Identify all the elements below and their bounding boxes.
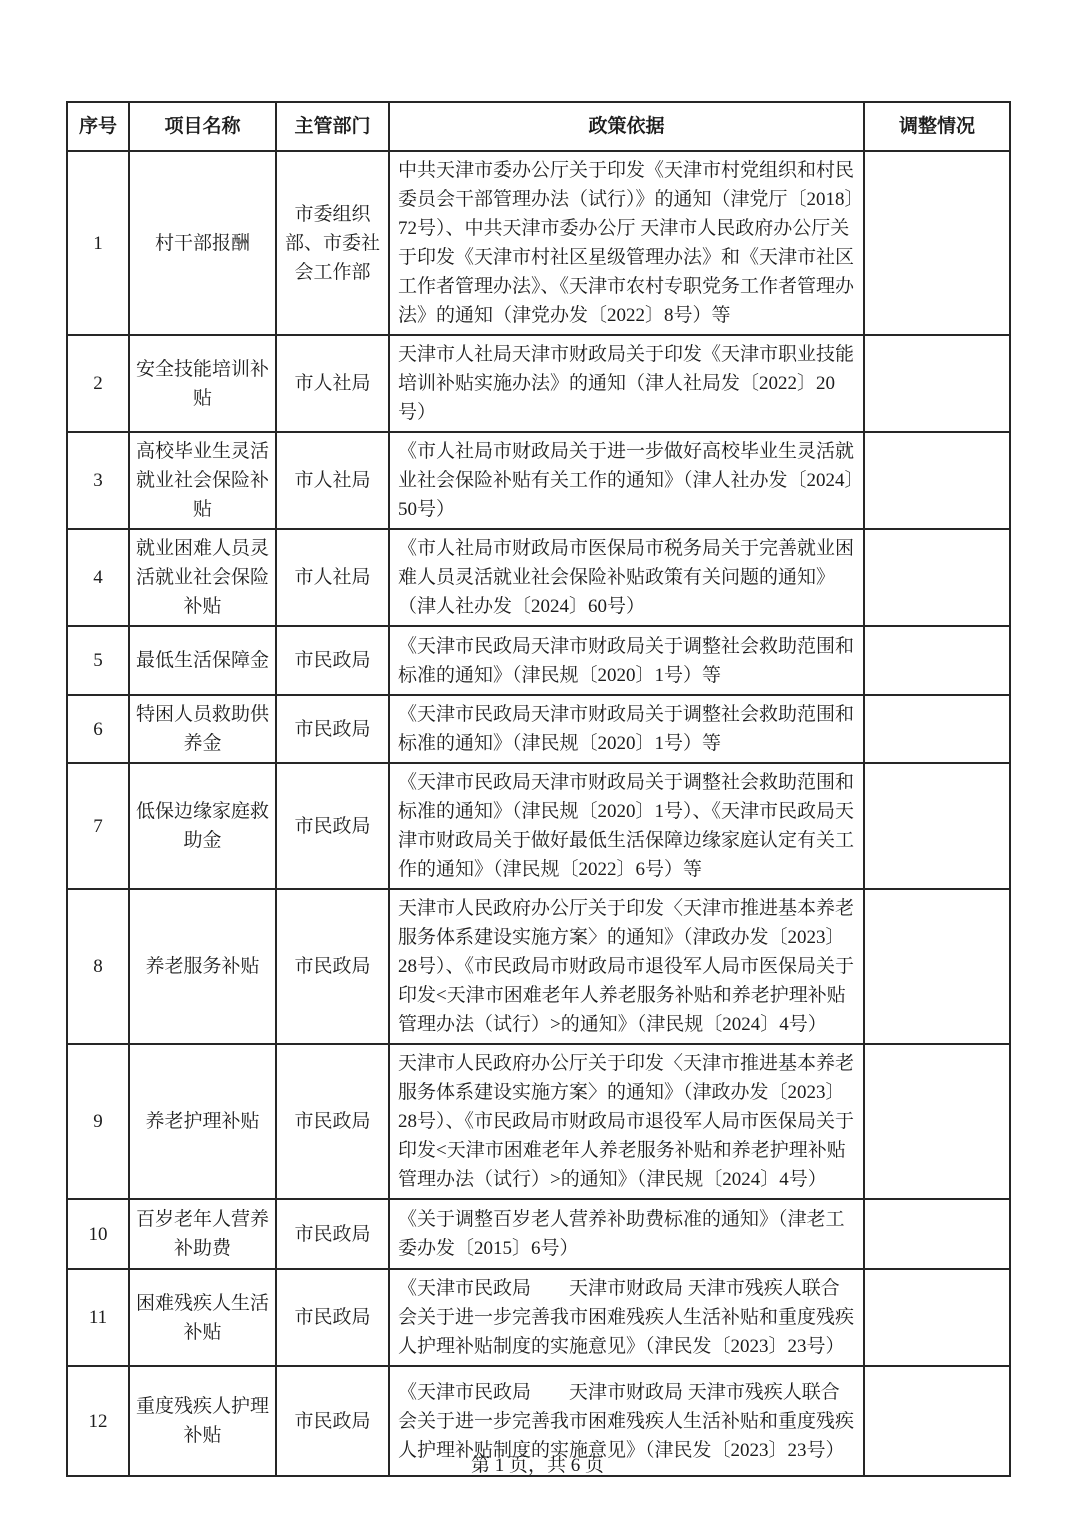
serial-number-cell: 6 <box>67 695 129 763</box>
department-cell: 市人社局 <box>276 529 389 626</box>
serial-number-cell: 10 <box>67 1199 129 1269</box>
department-cell: 市民政局 <box>276 889 389 1044</box>
department-cell: 市委组织部、市委社会工作部 <box>276 151 389 335</box>
table-row: 7 低保边缘家庭救助金 市民政局 《天津市民政局天津市财政局关于调整社会救助范围… <box>67 763 1010 889</box>
serial-number-cell: 9 <box>67 1044 129 1199</box>
project-name-cell: 村干部报酬 <box>129 151 276 335</box>
header-project-name: 项目名称 <box>129 102 276 151</box>
page-number-footer: 第 1 页，共 6 页 <box>0 1452 1075 1480</box>
department-cell: 市民政局 <box>276 1044 389 1199</box>
adjustment-status-cell <box>864 626 1010 695</box>
adjustment-status-cell <box>864 335 1010 432</box>
adjustment-status-cell <box>864 1199 1010 1269</box>
project-name-cell: 安全技能培训补贴 <box>129 335 276 432</box>
table-row: 4 就业困难人员灵活就业社会保险补贴 市人社局 《市人社局市财政局市医保局市税务… <box>67 529 1010 626</box>
project-name-cell: 最低生活保障金 <box>129 626 276 695</box>
table-row: 3 高校毕业生灵活就业社会保险补贴 市人社局 《市人社局市财政局关于进一步做好高… <box>67 432 1010 529</box>
project-name-cell: 困难残疾人生活补贴 <box>129 1269 276 1366</box>
table-row: 6 特困人员救助供养金 市民政局 《天津市民政局天津市财政局关于调整社会救助范围… <box>67 695 1010 763</box>
policy-basis-cell: 《关于调整百岁老人营养补助费标准的通知》（津老工委办发〔2015〕6号） <box>389 1199 864 1269</box>
adjustment-status-cell <box>864 1044 1010 1199</box>
department-cell: 市民政局 <box>276 626 389 695</box>
department-cell: 市民政局 <box>276 1269 389 1366</box>
serial-number-cell: 11 <box>67 1269 129 1366</box>
serial-number-cell: 5 <box>67 626 129 695</box>
serial-number-cell: 4 <box>67 529 129 626</box>
department-cell: 市民政局 <box>276 763 389 889</box>
serial-number-cell: 7 <box>67 763 129 889</box>
adjustment-status-cell <box>864 763 1010 889</box>
department-cell: 市人社局 <box>276 335 389 432</box>
policy-basis-cell: 《天津市民政局 天津市财政局 天津市残疾人联合会关于进一步完善我市困难残疾人生活… <box>389 1269 864 1366</box>
policy-basis-cell: 天津市人民政府办公厅关于印发〈天津市推进基本养老服务体系建设实施方案〉的通知》（… <box>389 889 864 1044</box>
department-cell: 市民政局 <box>276 1199 389 1269</box>
department-cell: 市人社局 <box>276 432 389 529</box>
adjustment-status-cell <box>864 151 1010 335</box>
table-row: 1 村干部报酬 市委组织部、市委社会工作部 中共天津市委办公厅关于印发《天津市村… <box>67 151 1010 335</box>
policy-basis-cell: 《天津市民政局天津市财政局关于调整社会救助范围和标准的通知》（津民规〔2020〕… <box>389 695 864 763</box>
serial-number-cell: 3 <box>67 432 129 529</box>
policy-basis-cell: 《市人社局市财政局关于进一步做好高校毕业生灵活就业社会保险补贴有关工作的通知》（… <box>389 432 864 529</box>
project-name-cell: 百岁老年人营养补助费 <box>129 1199 276 1269</box>
serial-number-cell: 8 <box>67 889 129 1044</box>
department-cell: 市民政局 <box>276 695 389 763</box>
adjustment-status-cell <box>864 889 1010 1044</box>
policy-basis-cell: 《市人社局市财政局市医保局市税务局关于完善就业困难人员灵活就业社会保险补贴政策有… <box>389 529 864 626</box>
document-page: 序号 项目名称 主管部门 政策依据 调整情况 1 村干部报酬 市委组织部、市委社… <box>0 0 1075 1519</box>
table-row: 2 安全技能培训补贴 市人社局 天津市人社局天津市财政局关于印发《天津市职业技能… <box>67 335 1010 432</box>
adjustment-status-cell <box>864 695 1010 763</box>
table-header-row: 序号 项目名称 主管部门 政策依据 调整情况 <box>67 102 1010 151</box>
table-row: 10 百岁老年人营养补助费 市民政局 《关于调整百岁老人营养补助费标准的通知》（… <box>67 1199 1010 1269</box>
header-department: 主管部门 <box>276 102 389 151</box>
policy-basis-cell: 《天津市民政局天津市财政局关于调整社会救助范围和标准的通知》（津民规〔2020〕… <box>389 763 864 889</box>
project-name-cell: 养老护理补贴 <box>129 1044 276 1199</box>
serial-number-cell: 1 <box>67 151 129 335</box>
project-name-cell: 养老服务补贴 <box>129 889 276 1044</box>
header-serial-number: 序号 <box>67 102 129 151</box>
serial-number-cell: 2 <box>67 335 129 432</box>
table-row: 8 养老服务补贴 市民政局 天津市人民政府办公厅关于印发〈天津市推进基本养老服务… <box>67 889 1010 1044</box>
table-body: 1 村干部报酬 市委组织部、市委社会工作部 中共天津市委办公厅关于印发《天津市村… <box>67 151 1010 1476</box>
project-name-cell: 低保边缘家庭救助金 <box>129 763 276 889</box>
table-row: 5 最低生活保障金 市民政局 《天津市民政局天津市财政局关于调整社会救助范围和标… <box>67 626 1010 695</box>
policy-table: 序号 项目名称 主管部门 政策依据 调整情况 1 村干部报酬 市委组织部、市委社… <box>66 101 1011 1477</box>
policy-basis-cell: 天津市人社局天津市财政局关于印发《天津市职业技能培训补贴实施办法》的通知（津人社… <box>389 335 864 432</box>
project-name-cell: 就业困难人员灵活就业社会保险补贴 <box>129 529 276 626</box>
table-row: 9 养老护理补贴 市民政局 天津市人民政府办公厅关于印发〈天津市推进基本养老服务… <box>67 1044 1010 1199</box>
header-adjustment-status: 调整情况 <box>864 102 1010 151</box>
policy-basis-cell: 中共天津市委办公厅关于印发《天津市村党组织和村民委员会干部管理办法（试行）》的通… <box>389 151 864 335</box>
header-policy-basis: 政策依据 <box>389 102 864 151</box>
adjustment-status-cell <box>864 529 1010 626</box>
policy-basis-cell: 《天津市民政局天津市财政局关于调整社会救助范围和标准的通知》（津民规〔2020〕… <box>389 626 864 695</box>
policy-basis-cell: 天津市人民政府办公厅关于印发〈天津市推进基本养老服务体系建设实施方案〉的通知》（… <box>389 1044 864 1199</box>
adjustment-status-cell <box>864 432 1010 529</box>
adjustment-status-cell <box>864 1269 1010 1366</box>
table-row: 11 困难残疾人生活补贴 市民政局 《天津市民政局 天津市财政局 天津市残疾人联… <box>67 1269 1010 1366</box>
project-name-cell: 高校毕业生灵活就业社会保险补贴 <box>129 432 276 529</box>
project-name-cell: 特困人员救助供养金 <box>129 695 276 763</box>
